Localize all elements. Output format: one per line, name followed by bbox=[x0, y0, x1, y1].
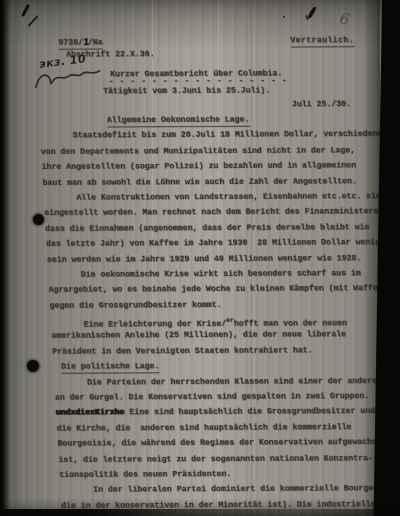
body-line: das letzte Jahr) von Kaffee im Jahre 193… bbox=[46, 235, 399, 252]
body-line: Die oekonomische Krise wirkt sich besond… bbox=[47, 266, 400, 283]
body-line: ist, die letztere neigt zu der sogenannt… bbox=[58, 451, 400, 468]
date-note: Juli 25./30. bbox=[292, 99, 352, 110]
body-line: an der Gurgel. Die Konservativen sind ge… bbox=[55, 389, 400, 406]
report-body: Allgemeine Oekonomische Lage.Staatsdefiz… bbox=[39, 112, 400, 514]
body-line: amerikanischen Anleihe (25 Millionen), d… bbox=[51, 327, 400, 344]
body-line: Alle Konstruktionen von Landstrassen, Ei… bbox=[43, 189, 396, 206]
ink-speck bbox=[283, 16, 285, 18]
section-heading: Die politische Lage. bbox=[53, 358, 400, 375]
body-line: Präsident in den Vereinigten Staaten kon… bbox=[52, 343, 400, 360]
body-line: In der liberalen Partei dominiert die ko… bbox=[60, 481, 400, 498]
reference-number: 9738/1/Na bbox=[58, 37, 103, 48]
body-line: Agrargebiet, wo es beinahe jede Woche zu… bbox=[48, 281, 400, 298]
scan-edge-bottom bbox=[0, 509, 400, 516]
body-line: sein werden wie im Jahre 1929 und 40 Mil… bbox=[47, 251, 400, 268]
body-line: undxdiexKirxhe Eine sind hauptsächlich d… bbox=[55, 404, 400, 421]
scanned-document-page: 9738/1/Na Abschrift 22.X.30. Vertraulich… bbox=[0, 0, 400, 516]
ref-number-text: 9738/ bbox=[58, 39, 83, 48]
ink-blot bbox=[33, 214, 44, 225]
body-line: von den Departements und Munizipalitäten… bbox=[40, 143, 393, 160]
body-line: Eine Erleichterung der Krise/erhofft man… bbox=[50, 312, 400, 329]
section-heading: Allgemeine Oekonomische Lage. bbox=[39, 112, 392, 129]
confidential-stamp: Vertraulich. bbox=[290, 35, 354, 46]
body-line: die Kirche, die anderen sind hauptsächli… bbox=[56, 420, 400, 437]
overtyped-word: undxdiexKirxhe bbox=[56, 409, 125, 418]
body-line: gegen die Grossgrundbesitzer kommt. bbox=[49, 297, 400, 314]
body-line: dass die Einnahmen (angenommen, dass der… bbox=[45, 220, 398, 237]
scan-edge-left bbox=[0, 0, 10, 516]
report-subtitle: Tätigkeit vom 3.Juni bis 25.Juli). bbox=[103, 86, 271, 98]
body-line: eingestellt worden. Man rechnet nach dem… bbox=[44, 204, 397, 221]
ref-number-suffix: /Na bbox=[88, 38, 103, 47]
body-line: Staatsdefizit bis zum 20.Juli 18 Million… bbox=[39, 127, 392, 144]
body-line: tionspolitik des neuen Präsidenten. bbox=[59, 466, 400, 483]
handwritten-insert: 1 bbox=[83, 36, 88, 50]
ink-blot bbox=[27, 360, 39, 372]
body-line: Bourgeoisie, die während des Regimes der… bbox=[57, 435, 400, 452]
body-line: ihre Angestellten (sogar Polizei) zu bez… bbox=[41, 158, 394, 175]
body-line: Die Parteien der herrschenden Klassen si… bbox=[54, 374, 400, 391]
body-line: baut man ab sowohl die Löhne wie auch di… bbox=[42, 174, 395, 191]
